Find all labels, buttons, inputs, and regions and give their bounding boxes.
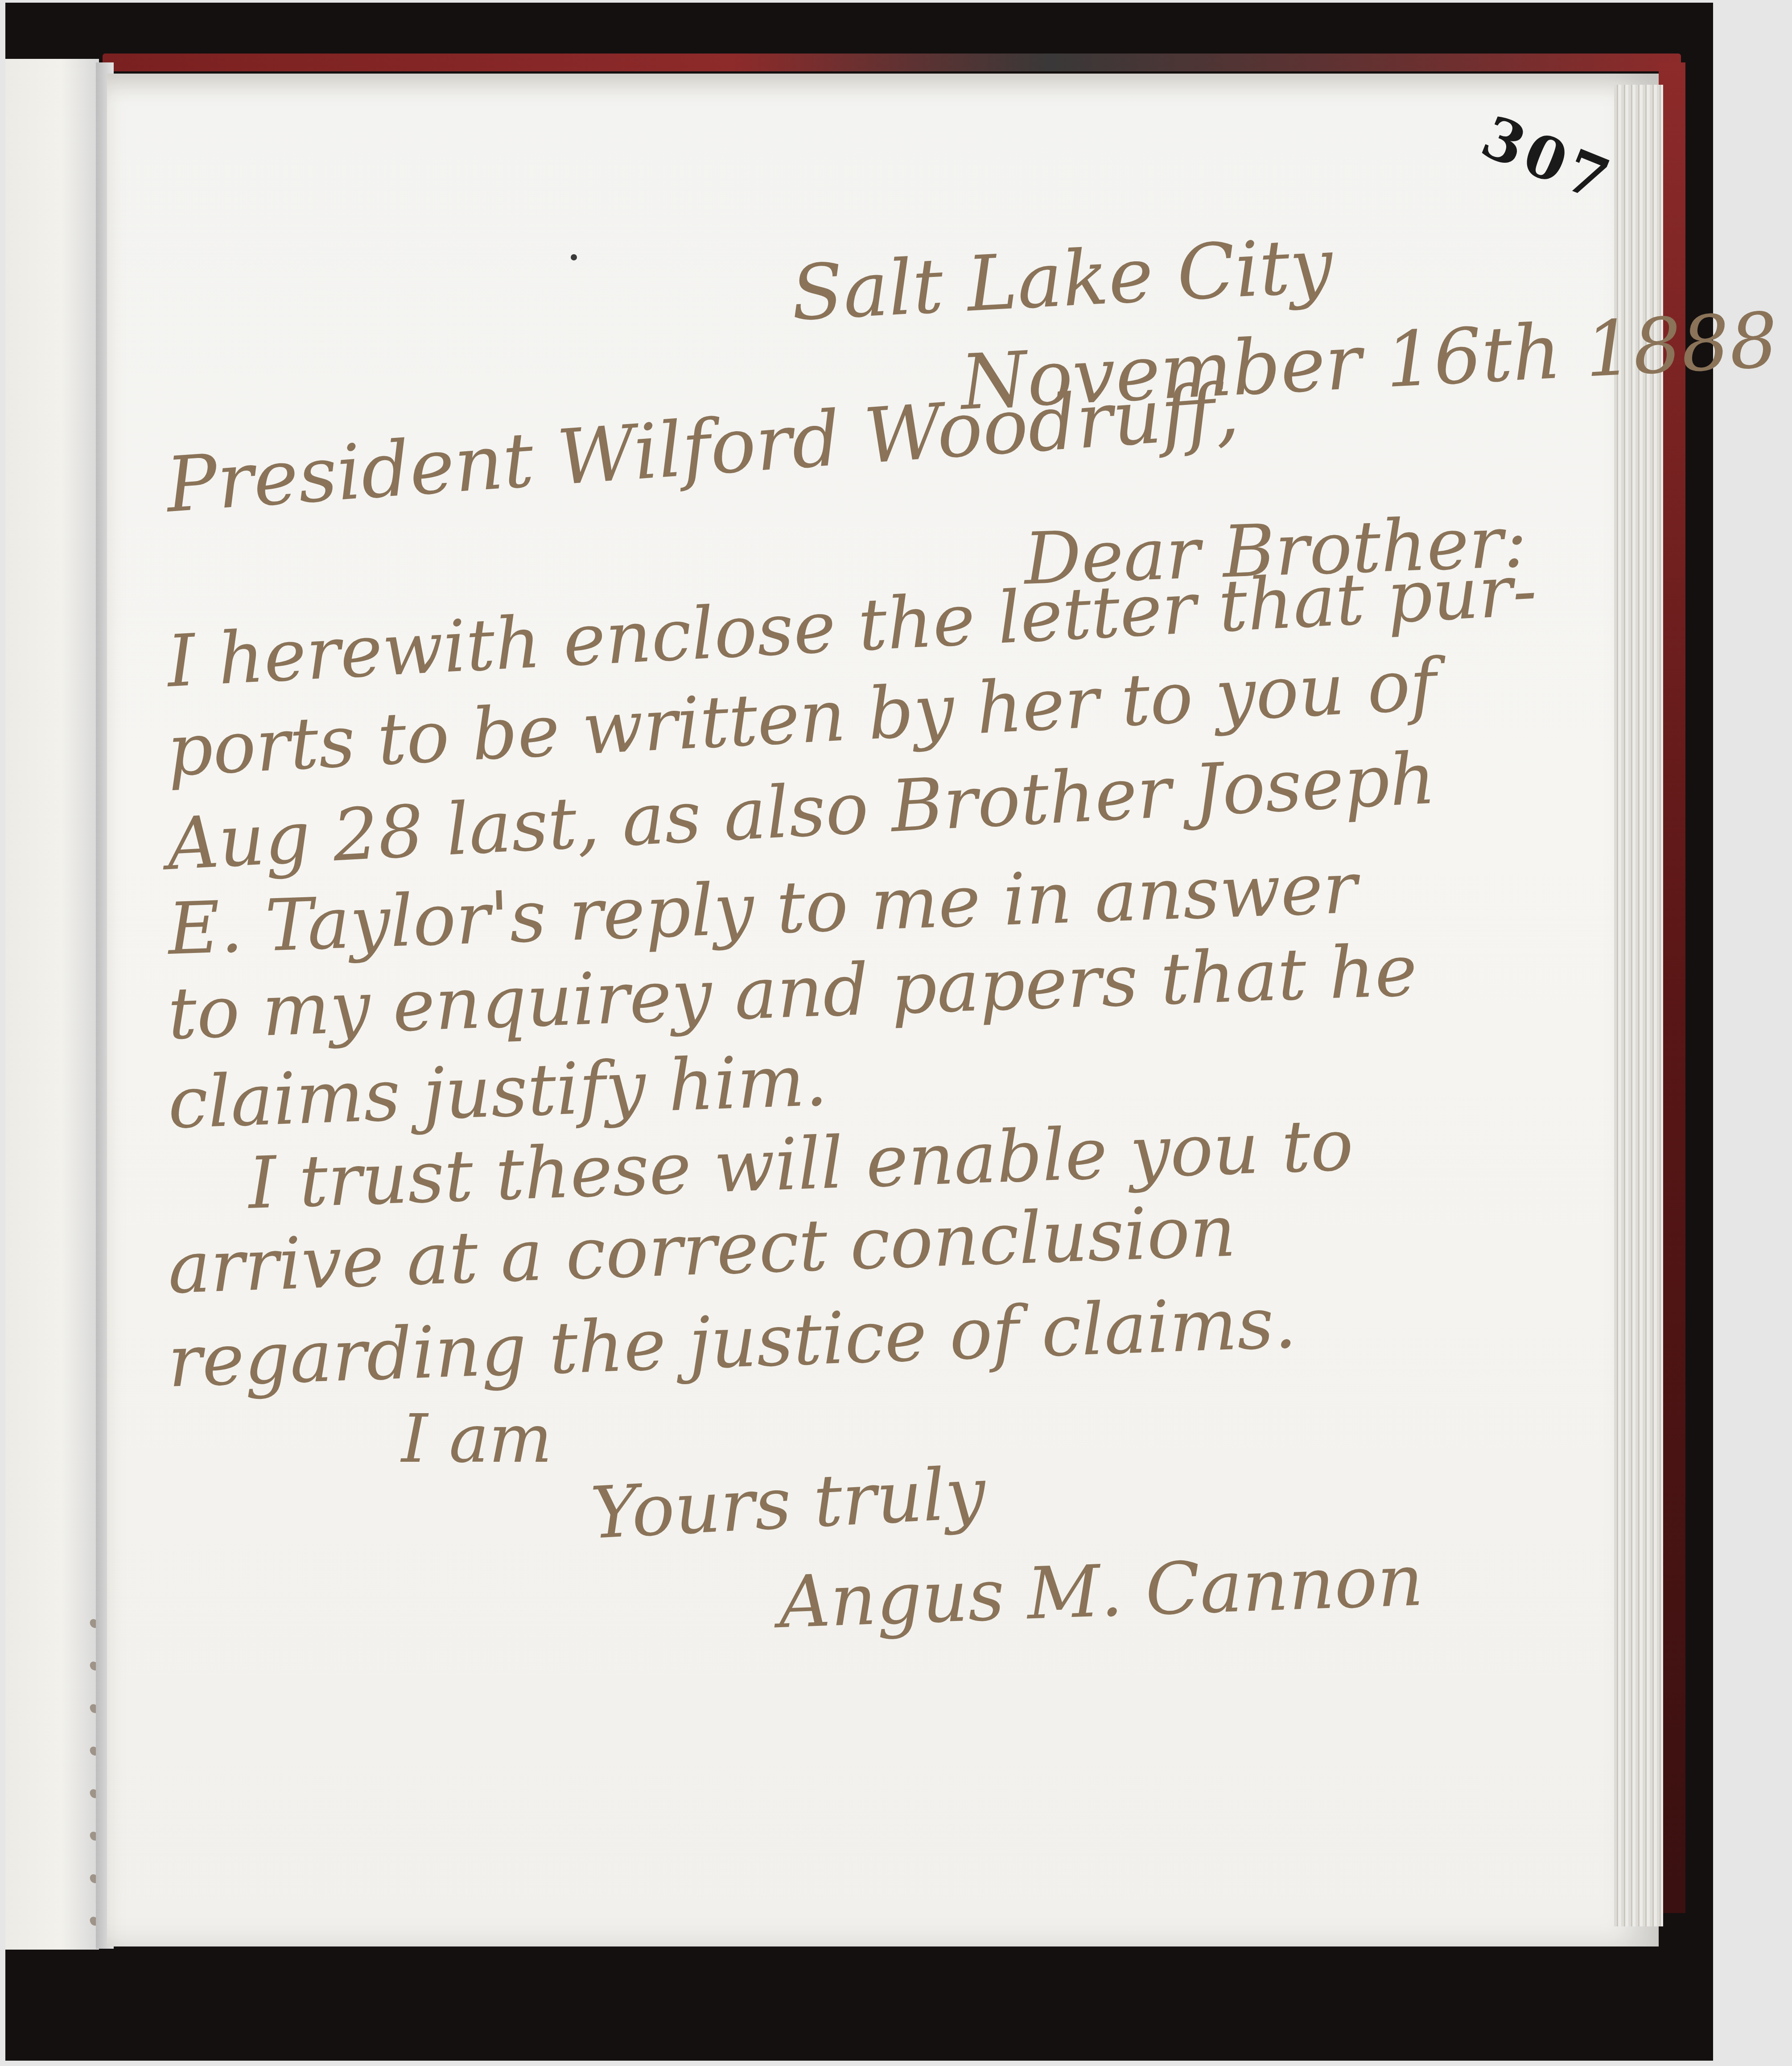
book-cover-top-edge <box>103 54 1681 71</box>
closing-line: I am <box>401 1400 552 1478</box>
ink-dot <box>571 254 577 260</box>
facing-page-text-bleed: · · · · · · · · <box>5 371 95 1932</box>
facing-page-left: · · · · · · · · <box>5 59 99 1950</box>
